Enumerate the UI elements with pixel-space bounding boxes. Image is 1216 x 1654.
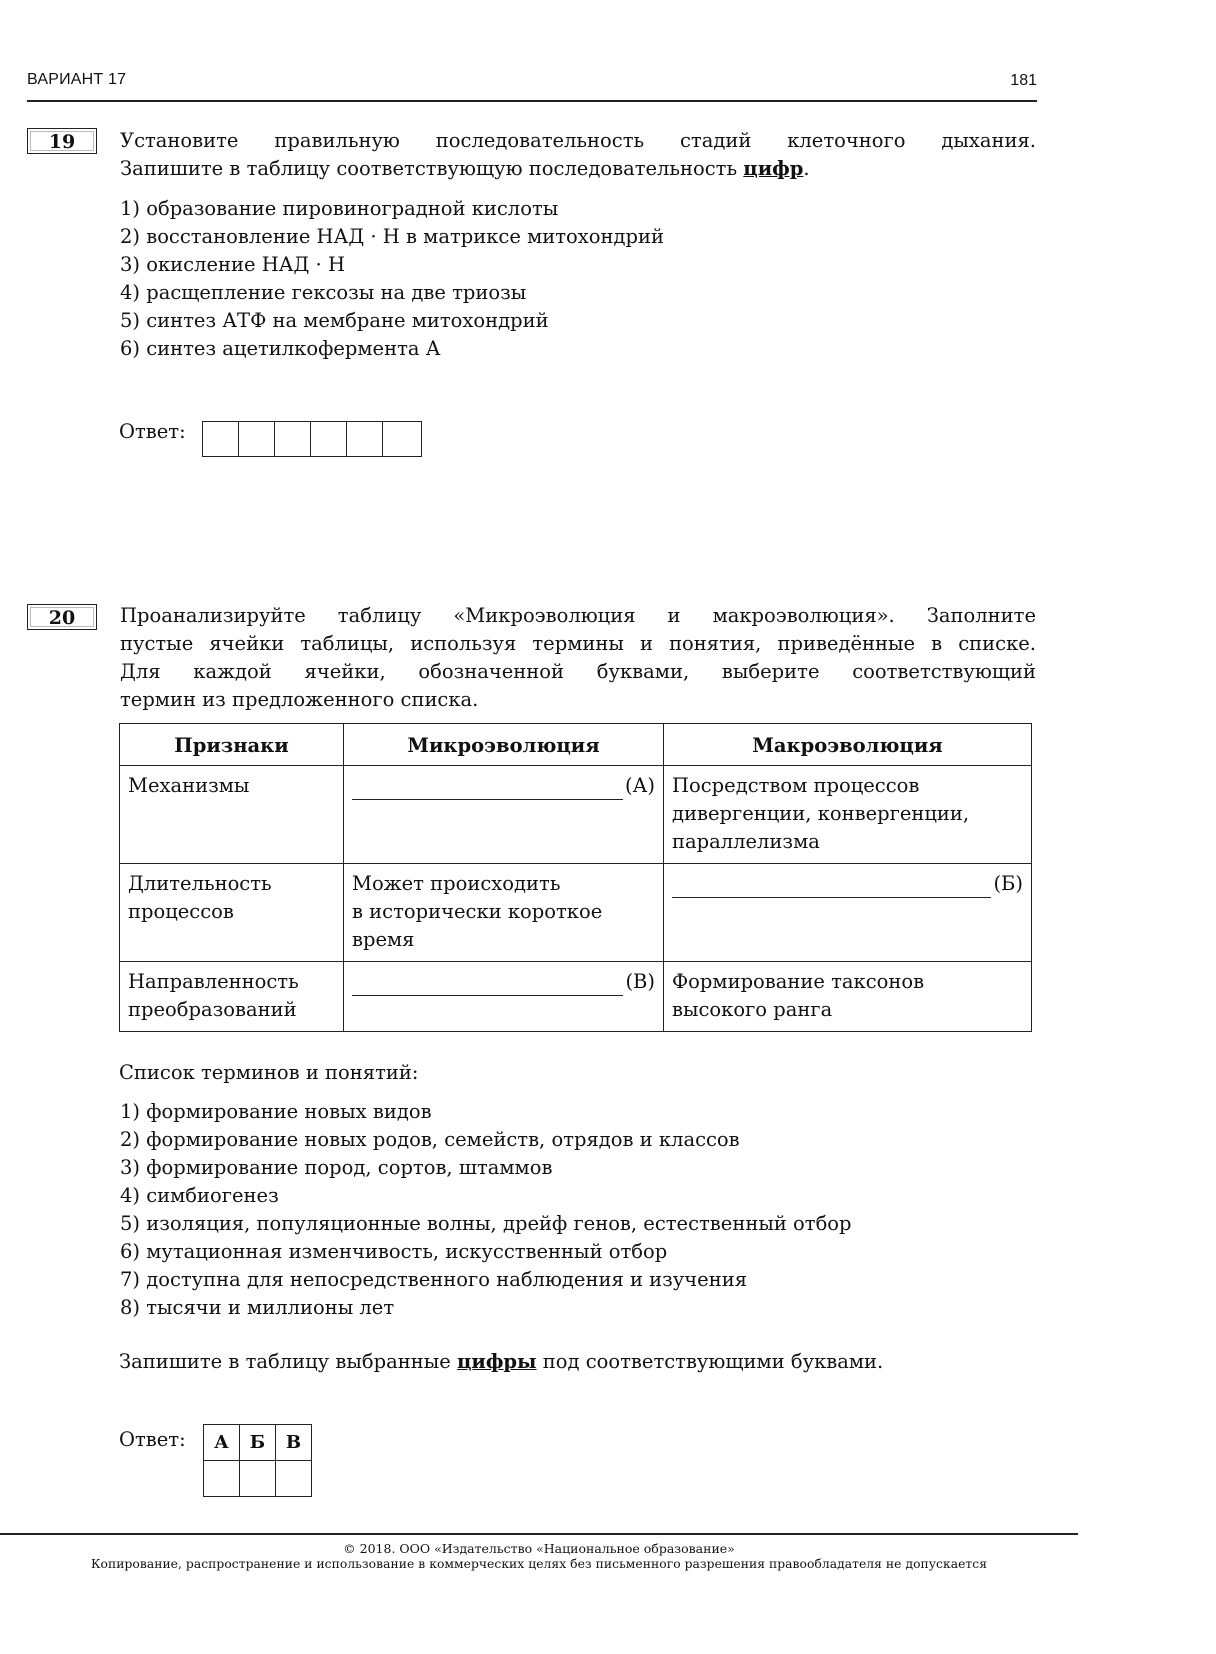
table-header-row: Признаки Микроэволюция Макроэволюция — [120, 724, 1032, 766]
terms-title: Список терминов и понятий: — [119, 1059, 418, 1087]
blank-b-letter: (Б) — [993, 870, 1023, 898]
row2-micro-line-2: в исторически короткое — [352, 898, 655, 926]
term-7: 7) доступна для непосредственного наблюд… — [120, 1266, 852, 1294]
task19-answer-grid — [202, 421, 422, 457]
row1-macro-line-1: Посредством процессов — [672, 772, 1023, 800]
footer-divider — [0, 1533, 1078, 1535]
task20-instruction: Запишите в таблицу выбранные цифры под с… — [119, 1348, 883, 1376]
row2-micro-line-3: время — [352, 926, 655, 954]
task19-answer-cell-2[interactable] — [239, 422, 275, 456]
term-2: 2) формирование новых родов, семейств, о… — [120, 1126, 852, 1154]
instruction-start: Запишите в таблицу выбранные — [119, 1350, 457, 1373]
task19-answer-cell-4[interactable] — [311, 422, 347, 456]
answer-header-v: В — [276, 1425, 312, 1461]
task19-answer-cell-3[interactable] — [275, 422, 311, 456]
header-microevolution: Микроэволюция — [344, 724, 664, 766]
blank-v[interactable]: (В) — [352, 968, 655, 996]
blank-a-letter: (А) — [625, 772, 655, 800]
blank-a-line — [352, 779, 623, 800]
term-4: 4) симбиогенез — [120, 1182, 852, 1210]
task19-option-2: 2) восстановление НАД · Н в матриксе мит… — [120, 223, 664, 251]
task19-question-end: . — [803, 157, 809, 180]
answer-cell-a[interactable] — [204, 1461, 240, 1497]
task-number-20: 20 — [27, 604, 97, 630]
row1-macro: Посредством процессов дивергенции, конве… — [664, 766, 1032, 864]
task19-option-5: 5) синтез АТФ на мембране митохондрий — [120, 307, 664, 335]
row3-macro-line-2: высокого ранга — [672, 996, 1023, 1024]
row2-feature-line-2: процессов — [128, 898, 335, 926]
task20-question-line-2: пустые ячейки таблицы, используя термины… — [120, 630, 1036, 658]
answer-header-a: А — [204, 1425, 240, 1461]
answer-cell-v[interactable] — [276, 1461, 312, 1497]
task19-question-text: Запишите в таблицу соответствующую после… — [120, 157, 743, 180]
row1-micro-blank-cell: (А) — [344, 766, 664, 864]
task20-question: Проанализируйте таблицу «Микроэволюция и… — [120, 602, 1036, 714]
blank-a[interactable]: (А) — [352, 772, 655, 800]
task20-answer-grid: А Б В — [203, 1424, 312, 1497]
header-features: Признаки — [120, 724, 344, 766]
task19-answer-cell-1[interactable] — [203, 422, 239, 456]
row3-micro-blank-cell: (В) — [344, 962, 664, 1032]
task19-option-3: 3) окисление НАД · Н — [120, 251, 664, 279]
task19-question-line-1: Установите правильную последовательность… — [120, 127, 1036, 155]
table-row: Длительность процессов Может происходить… — [120, 864, 1032, 962]
row3-macro-line-1: Формирование таксонов — [672, 968, 1023, 996]
task19-question: Установите правильную последовательность… — [120, 127, 1036, 183]
variant-label: ВАРИАНТ 17 — [27, 71, 126, 89]
row1-macro-line-2: дивергенции, конвергенции, — [672, 800, 1023, 828]
footer-legal-notice: Копирование, распространение и использов… — [0, 1557, 1078, 1572]
blank-b[interactable]: (Б) — [672, 870, 1023, 898]
row3-feature: Направленность преобразований — [120, 962, 344, 1032]
row2-feature-line-1: Длительность — [128, 870, 335, 898]
row3-feature-line-2: преобразований — [128, 996, 335, 1024]
term-1: 1) формирование новых видов — [120, 1098, 852, 1126]
row1-feature-text: Механизмы — [128, 772, 335, 800]
term-5: 5) изоляция, популяционные волны, дрейф … — [120, 1210, 852, 1238]
page-header: ВАРИАНТ 17 181 — [27, 68, 1037, 102]
blank-v-letter: (В) — [625, 968, 655, 996]
table-row: Механизмы (А) Посредством процессов диве… — [120, 766, 1032, 864]
instruction-emphasis: цифры — [457, 1350, 537, 1373]
task19-options-list: 1) образование пировиноградной кислоты 2… — [120, 195, 664, 363]
row1-feature: Механизмы — [120, 766, 344, 864]
blank-b-line — [672, 877, 991, 898]
row1-macro-line-3: параллелизма — [672, 828, 1023, 856]
table-row: Направленность преобразований (В) Формир… — [120, 962, 1032, 1032]
term-6: 6) мутационная изменчивость, искусственн… — [120, 1238, 852, 1266]
task19-option-1: 1) образование пировиноградной кислоты — [120, 195, 664, 223]
term-3: 3) формирование пород, сортов, штаммов — [120, 1154, 852, 1182]
task20-question-line-4: термин из предложенного списка. — [120, 686, 1036, 714]
task19-option-6: 6) синтез ацетилкофермента А — [120, 335, 664, 363]
evolution-table: Признаки Микроэволюция Макроэволюция Мех… — [119, 723, 1032, 1032]
task20-question-line-1: Проанализируйте таблицу «Микроэволюция и… — [120, 602, 1036, 630]
task19-question-emphasis: цифр — [743, 157, 803, 180]
row2-micro-line-1: Может происходить — [352, 870, 655, 898]
term-8: 8) тысячи и миллионы лет — [120, 1294, 852, 1322]
task20-answer-label: Ответ: — [119, 1428, 186, 1451]
task19-answer-cell-5[interactable] — [347, 422, 383, 456]
task19-option-4: 4) расщепление гексозы на две триозы — [120, 279, 664, 307]
answer-value-row — [204, 1461, 312, 1497]
task19-question-line-2: Запишите в таблицу соответствующую после… — [120, 155, 1036, 183]
answer-cell-b[interactable] — [240, 1461, 276, 1497]
answer-header-row: А Б В — [204, 1425, 312, 1461]
header-macroevolution: Макроэволюция — [664, 724, 1032, 766]
task20-question-line-3: Для каждой ячейки, обозначенной буквами,… — [120, 658, 1036, 686]
instruction-end: под соответствующими буквами. — [537, 1350, 884, 1373]
row3-macro: Формирование таксонов высокого ранга — [664, 962, 1032, 1032]
page-number: 181 — [1010, 72, 1037, 90]
row2-macro-blank-cell: (Б) — [664, 864, 1032, 962]
blank-v-line — [352, 975, 623, 996]
task-number-19: 19 — [27, 128, 97, 154]
task19-answer-label: Ответ: — [119, 420, 186, 443]
answer-header-b: Б — [240, 1425, 276, 1461]
row2-micro: Может происходить в исторически короткое… — [344, 864, 664, 962]
footer-copyright: © 2018. ООО «Издательство «Национальное … — [0, 1541, 1078, 1556]
terms-list: 1) формирование новых видов 2) формирова… — [120, 1098, 852, 1322]
row2-feature: Длительность процессов — [120, 864, 344, 962]
task19-answer-cell-6[interactable] — [383, 422, 419, 456]
row3-feature-line-1: Направленность — [128, 968, 335, 996]
